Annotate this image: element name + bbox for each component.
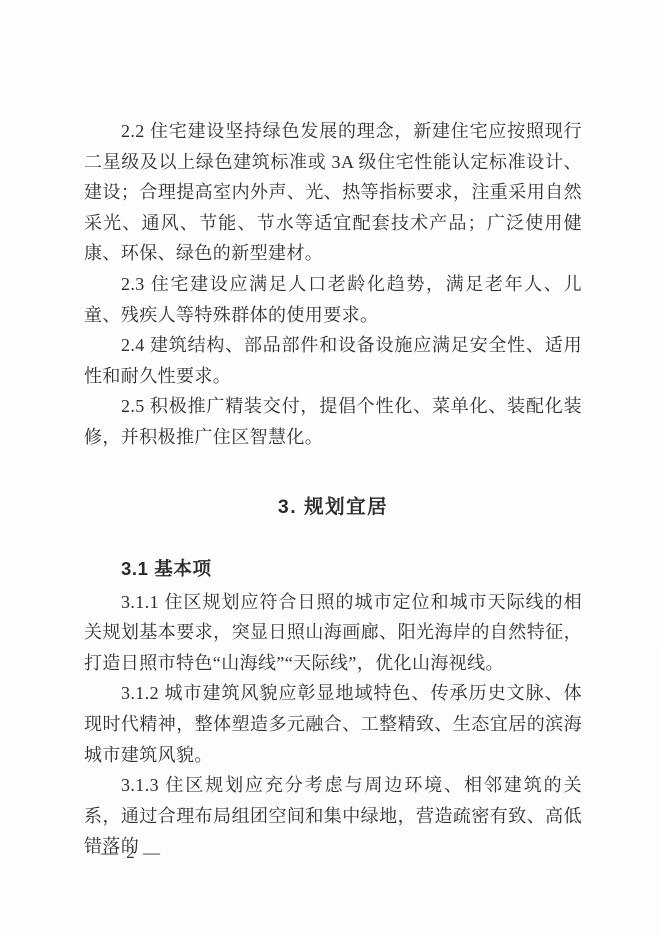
page-content: 2.2 住宅建设坚持绿色发展的理念，新建住宅应按照现行二星级及以上绿色建筑标准或…: [84, 0, 582, 862]
paragraph-2-4: 2.4 建筑结构、部品部件和设备设施应满足安全性、适用性和耐久性要求。: [84, 330, 582, 391]
paragraph-2-3: 2.3 住宅建设应满足人口老龄化趋势，满足老年人、儿童、残疾人等特殊群体的使用要…: [84, 269, 582, 330]
page-number: — 2 —: [101, 841, 162, 865]
section-3-heading: 3. 规划宜居: [84, 492, 582, 523]
paragraph-2-5: 2.5 积极推广精装交付，提倡个性化、菜单化、装配化装修，并积极推广住区智慧化。: [84, 391, 582, 452]
paragraph-2-2: 2.2 住宅建设坚持绿色发展的理念，新建住宅应按照现行二星级及以上绿色建筑标准或…: [84, 116, 582, 269]
paragraph-3-1-2: 3.1.2 城市建筑风貌应彰显地域特色、传承历史文脉、体现时代精神，整体塑造多元…: [84, 678, 582, 770]
paragraph-3-1-1: 3.1.1 住区规划应符合日照的城市定位和城市天际线的相关规划基本要求，突显日照…: [84, 587, 582, 679]
subsection-3-1-heading: 3.1 基本项: [84, 553, 582, 584]
document-page: 2.2 住宅建设坚持绿色发展的理念，新建住宅应按照现行二星级及以上绿色建筑标准或…: [0, 0, 661, 935]
